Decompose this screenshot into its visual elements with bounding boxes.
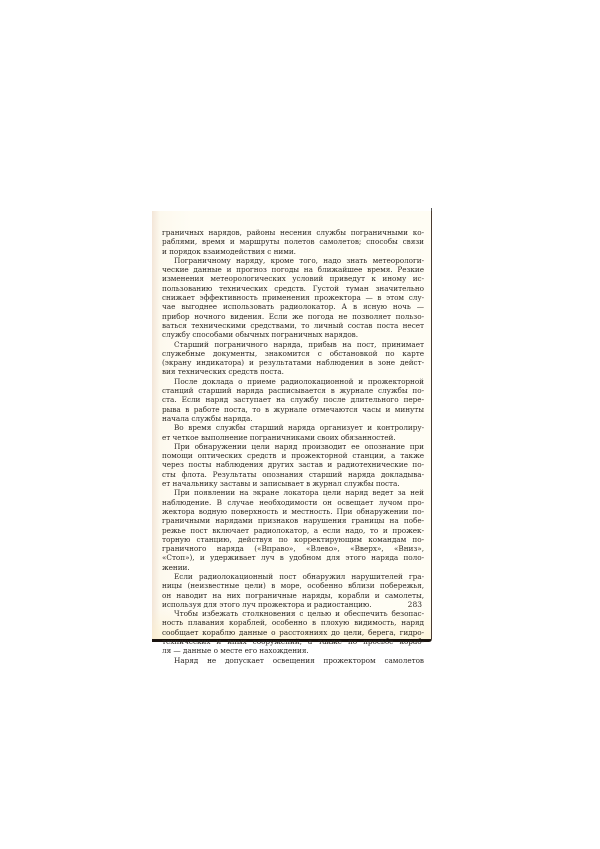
text-line: раблями, время и маршруты полетов самоле… [162, 237, 424, 246]
text-line: прибор ночного видения. Если же погода н… [162, 312, 424, 321]
text-line: ля — данные о месте его нахождения. [162, 646, 424, 655]
text-line: Во время службы старший наряда организуе… [162, 423, 424, 432]
text-line: ницы (неизвестные цели) в море, особенно… [162, 581, 424, 590]
paragraph: Пограничному наряду, кроме того, надо зн… [162, 256, 424, 340]
text-line: граничного наряда («Вправо», «Влево», «В… [162, 544, 424, 553]
text-line: ет четкое выполнение пограничниками свои… [162, 433, 424, 442]
text-line: Наряд не допускает освещения прожектором… [162, 656, 424, 665]
text-line: При появлении на экране локатора цели на… [162, 488, 424, 497]
text-line: режье пост включает радиолокатор, а если… [162, 526, 424, 535]
text-line: используя для этого луч прожектора и рад… [162, 600, 424, 609]
paragraph: После доклада о приеме радиолокационной … [162, 377, 424, 423]
text-line: ет начальнику заставы и записывает в жур… [162, 479, 424, 488]
text-line: вия технических средств поста. [162, 367, 424, 376]
text-line: граничными нарядами признаков нарушения … [162, 516, 424, 525]
paragraph: граничных нарядов, районы несения службы… [162, 228, 424, 256]
text-line: служебные документы, знакомится с обстан… [162, 349, 424, 358]
text-line: начала службы наряда. [162, 414, 424, 423]
text-line: Чтобы избежать столкновения с целью и об… [162, 609, 424, 618]
paragraph: Чтобы избежать столкновения с целью и об… [162, 609, 424, 655]
text-line: через посты наблюдения других застав и р… [162, 460, 424, 469]
text-line: ста. Если наряд заступает на службу посл… [162, 395, 424, 404]
text-line: станций старший наряда расписывается в ж… [162, 386, 424, 395]
text-line: изменения метеорологических условий прив… [162, 274, 424, 283]
text-line: жектора водную поверхность и местность. … [162, 507, 424, 516]
text-line: наблюдение. В случае необходимости он ос… [162, 498, 424, 507]
text-line: Старший пограничного наряда, прибыв на п… [162, 340, 424, 349]
text-line: торную станцию, действуя по корректирующ… [162, 535, 424, 544]
text-line: жении. [162, 563, 424, 572]
text-line: ность плавания кораблей, особенно в плох… [162, 618, 424, 627]
paragraph: При появлении на экране локатора цели на… [162, 488, 424, 572]
text-line: службу способами обычных пограничных нар… [162, 330, 424, 339]
text-line: пользованию технических средств. Густой … [162, 284, 424, 293]
text-line: «Стоп»), и удерживает луч в удобном для … [162, 553, 424, 562]
book-page: граничных нарядов, районы несения службы… [152, 211, 432, 642]
paragraph: Во время службы старший наряда организуе… [162, 423, 424, 442]
paragraph: Если радиолокационный пост обнаружил нар… [162, 572, 424, 609]
text-line: он наводит на них пограничные наряды, ко… [162, 591, 424, 600]
text-line: После доклада о приеме радиолокационной … [162, 377, 424, 386]
paragraph: Наряд не допускает освещения прожектором… [162, 656, 424, 665]
page-body-text: граничных нарядов, районы несения службы… [162, 228, 424, 665]
text-line: Если радиолокационный пост обнаружил нар… [162, 572, 424, 581]
paragraph: Старший пограничного наряда, прибыв на п… [162, 340, 424, 377]
text-line: чае выгоднее использовать радиолокатор. … [162, 302, 424, 311]
text-line: При обнаружении цели наряд производит ее… [162, 442, 424, 451]
text-line: снижает эффективность применения прожект… [162, 293, 424, 302]
text-line: (экрану индикатора) и результатами наблю… [162, 358, 424, 367]
paragraph: При обнаружении цели наряд производит ее… [162, 442, 424, 488]
text-line: ческие данные и прогноз погоды на ближай… [162, 265, 424, 274]
text-line: ваться техническими средствами, то личны… [162, 321, 424, 330]
text-line: Пограничному наряду, кроме того, надо зн… [162, 256, 424, 265]
text-line: технических и иных сооружений, а также п… [162, 637, 424, 646]
text-line: рыва в работе поста, то в журнале отмеча… [162, 405, 424, 414]
text-line: сты флота. Результаты опознания старший … [162, 470, 424, 479]
page-number: 283 [408, 600, 422, 609]
text-line: и порядок взаимодействия с ними. [162, 247, 424, 256]
text-line: помощи оптических средств и прожекторной… [162, 451, 424, 460]
text-line: сообщает кораблю данные о расстояниях до… [162, 628, 424, 637]
text-line: граничных нарядов, районы несения службы… [162, 228, 424, 237]
